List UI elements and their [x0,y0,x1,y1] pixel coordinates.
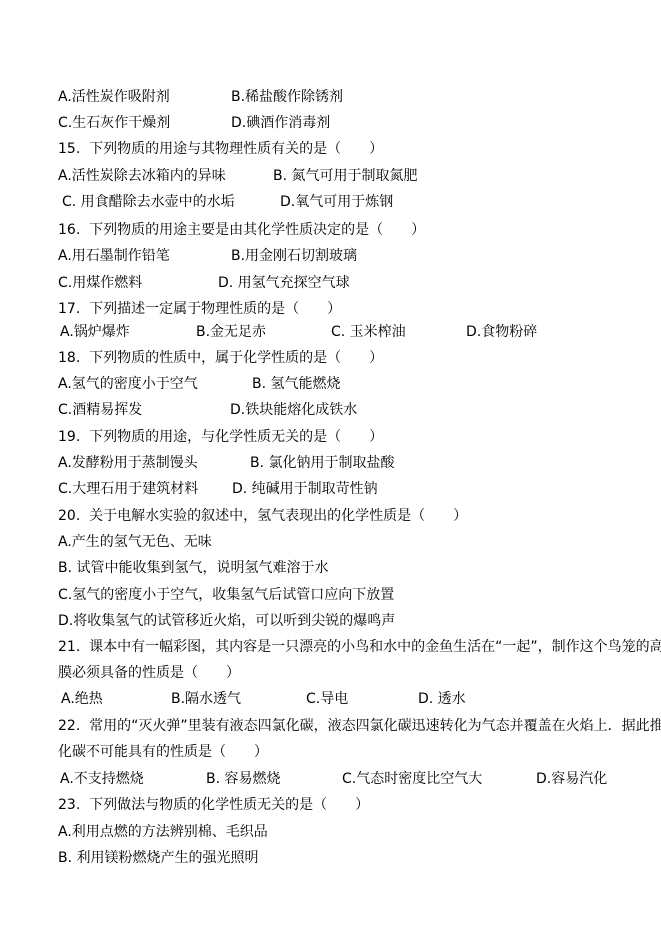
option-row: B. 利用镁粉燃烧产生的强光照明 [0,849,661,867]
text-segment: 20. 关于电解水实验的叙述中，氢气表现出的化学性质是（ ） [58,507,467,525]
text-segment: A.发酵粉用于蒸制馒头 [58,454,198,472]
text-segment: A.产生的氢气无色、无味 [58,533,212,551]
text-segment: C.氢气的密度小于空气，收集氢气后试管口应向下放置 [58,586,394,604]
option-row: C.用煤作燃料D. 用氢气充探空气球 [0,274,661,292]
text-segment: D.食物粉碎 [466,323,537,341]
text-segment: D.铁块能熔化成铁水 [230,401,357,419]
option-row: C.大理石用于建筑材料D. 纯碱用于制取苛性钠 [0,480,661,498]
question-stem: 15. 下列物质的用途与其物理性质有关的是（ ） [0,140,661,158]
text-segment: 16. 下列物质的用途主要是由其化学性质决定的是（ ） [58,221,425,239]
question-stem: 20. 关于电解水实验的叙述中，氢气表现出的化学性质是（ ） [0,507,661,525]
option-row: A.绝热B.隔水透气C.导电D. 透水 [0,690,661,708]
option-row: A.锅炉爆炸B.金无足赤C. 玉米榨油D.食物粉碎 [0,323,661,341]
text-segment: 15. 下列物质的用途与其物理性质有关的是（ ） [58,140,383,158]
text-segment: B.隔水透气 [171,690,241,708]
text-segment: A.利用点燃的方法辨别棉、毛织品 [58,823,268,841]
text-segment: A.活性炭除去冰箱内的异味 [58,167,226,185]
text-segment: A.不支持燃烧 [60,770,144,788]
option-row: A.产生的氢气无色、无味 [0,533,661,551]
text-segment: 膜必须具备的性质是（ ） [58,664,240,682]
question-stem: 17. 下列描述一定属于物理性质的是（ ） [0,300,661,318]
text-segment: A.用石墨制作铅笔 [58,247,170,265]
question-stem: 21. 课本中有一幅彩图，其内容是一只漂亮的小鸟和水中的金鱼生活在“一起”，制作… [0,638,661,656]
option-row: A.活性炭作吸附剂B.稀盐酸作除锈剂 [0,88,661,106]
text-segment: D. 用氢气充探空气球 [218,274,350,292]
option-row: C.氢气的密度小于空气，收集氢气后试管口应向下放置 [0,586,661,604]
text-segment: C.气态时密度比空气大 [342,770,482,788]
option-row: B. 试管中能收集到氢气，说明氢气难溶于水 [0,559,661,577]
text-segment: C.大理石用于建筑材料 [58,480,198,498]
option-row: A.发酵粉用于蒸制馒头B. 氯化钠用于制取盐酸 [0,454,661,472]
text-segment: D.将收集氢气的试管移近火焰，可以听到尖锐的爆鸣声 [58,612,395,630]
option-row: C. 用食醋除去水壶中的水垢D.氧气可用于炼钢 [0,193,661,211]
text-segment: B.用金刚石切割玻璃 [231,247,357,265]
text-segment: 21. 课本中有一幅彩图，其内容是一只漂亮的小鸟和水中的金鱼生活在“一起”，制作… [58,638,661,656]
question-stem: 18. 下列物质的性质中，属于化学性质的是（ ） [0,349,661,367]
text-segment: 17. 下列描述一定属于物理性质的是（ ） [58,300,341,318]
question-stem: 23. 下列做法与物质的化学性质无关的是（ ） [0,796,661,814]
option-row: A.不支持燃烧B. 容易燃烧C.气态时密度比空气大D.容易汽化 [0,770,661,788]
document-page: A.活性炭作吸附剂B.稀盐酸作除锈剂C.生石灰作干燥剂D.碘酒作消毒剂15. 下… [0,0,661,935]
text-segment: 23. 下列做法与物质的化学性质无关的是（ ） [58,796,369,814]
question-stem-continued: 化碳不可能具有的性质是（ ） [0,743,661,761]
text-segment: A.活性炭作吸附剂 [58,88,170,106]
text-segment: D.氧气可用于炼钢 [280,193,393,211]
option-row: A.利用点燃的方法辨别棉、毛织品 [0,823,661,841]
option-row: C.酒精易挥发D.铁块能熔化成铁水 [0,401,661,419]
text-segment: B. 容易燃烧 [206,770,281,788]
text-segment: 19. 下列物质的用途，与化学性质无关的是（ ） [58,428,383,446]
option-row: C.生石灰作干燥剂D.碘酒作消毒剂 [0,114,661,132]
text-segment: B. 氮气可用于制取氮肥 [273,167,418,185]
text-segment: C. 玉米榨油 [331,323,406,341]
text-segment: 18. 下列物质的性质中，属于化学性质的是（ ） [58,349,383,367]
text-segment: B.金无足赤 [196,323,266,341]
text-segment: D.碘酒作消毒剂 [231,114,330,132]
text-segment: D. 透水 [418,690,466,708]
text-segment: A.绝热 [61,690,103,708]
option-row: A.氢气的密度小于空气B. 氢气能燃烧 [0,375,661,393]
text-segment: C. 用食醋除去水壶中的水垢 [62,193,235,211]
question-stem: 22. 常用的“灭火弹”里装有液态四氯化碳，液态四氯化碳迅速转化为气态并覆盖在火… [0,717,661,735]
text-segment: B. 氢气能燃烧 [252,375,341,393]
text-segment: C.用煤作燃料 [58,274,142,292]
question-stem-continued: 膜必须具备的性质是（ ） [0,664,661,682]
option-row: D.将收集氢气的试管移近火焰，可以听到尖锐的爆鸣声 [0,612,661,630]
text-segment: D.容易汽化 [536,770,607,788]
text-segment: C.生石灰作干燥剂 [58,114,170,132]
text-segment: B. 试管中能收集到氢气，说明氢气难溶于水 [58,559,329,577]
text-segment: D. 纯碱用于制取苛性钠 [232,480,378,498]
text-segment: B.稀盐酸作除锈剂 [231,88,343,106]
text-segment: C.导电 [306,690,348,708]
question-stem: 16. 下列物质的用途主要是由其化学性质决定的是（ ） [0,221,661,239]
text-segment: 化碳不可能具有的性质是（ ） [58,743,268,761]
option-row: A.用石墨制作铅笔B.用金刚石切割玻璃 [0,247,661,265]
option-row: A.活性炭除去冰箱内的异味B. 氮气可用于制取氮肥 [0,167,661,185]
text-segment: A.氢气的密度小于空气 [58,375,198,393]
text-segment: 22. 常用的“灭火弹”里装有液态四氯化碳，液态四氯化碳迅速转化为气态并覆盖在火… [58,717,661,735]
text-segment: B. 氯化钠用于制取盐酸 [250,454,395,472]
text-segment: A.锅炉爆炸 [60,323,130,341]
text-segment: C.酒精易挥发 [58,401,142,419]
text-segment: B. 利用镁粉燃烧产生的强光照明 [58,849,259,867]
question-stem: 19. 下列物质的用途，与化学性质无关的是（ ） [0,428,661,446]
